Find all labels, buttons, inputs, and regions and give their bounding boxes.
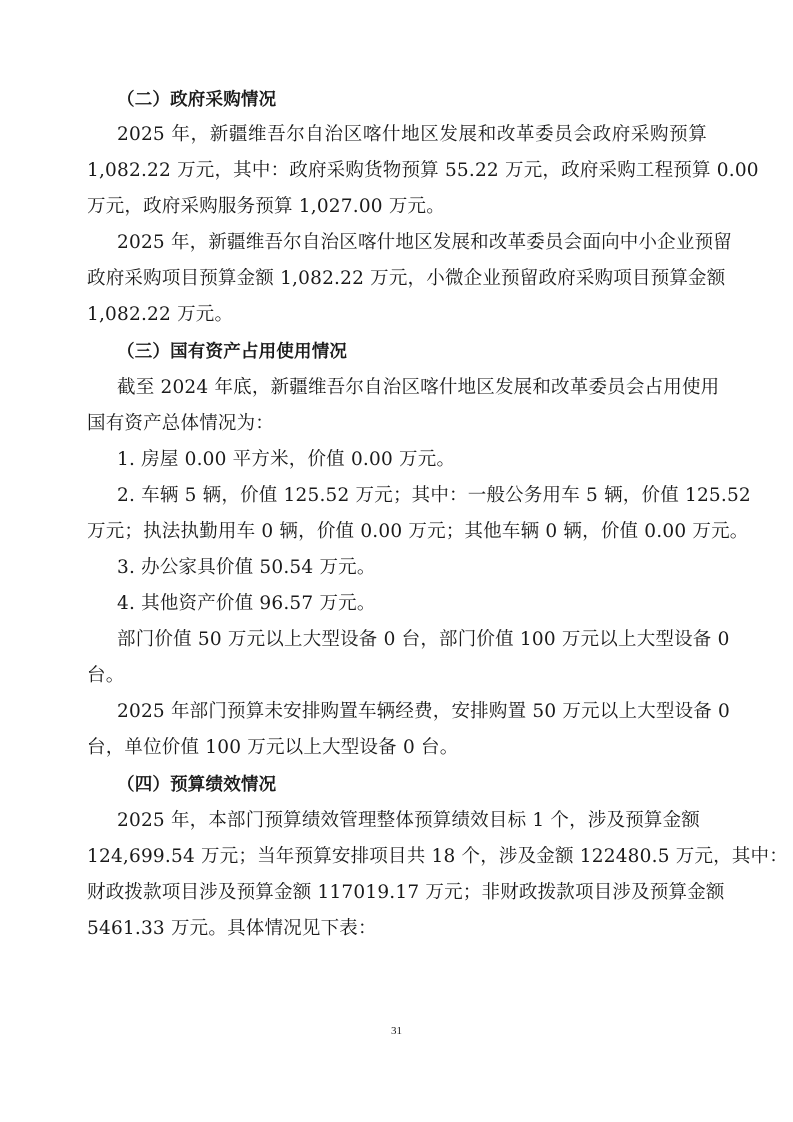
paragraph-line: 财政拨款项目涉及预算金额 117019.17 万元；非财政拨款项目涉及预算金额: [87, 881, 707, 905]
section-heading-procurement: （二）政府采购情况: [117, 88, 707, 112]
asset-item-buildings: 1. 房屋 0.00 平方米，价值 0.00 万元。: [117, 448, 707, 472]
asset-item-vehicles: 2. 车辆 5 辆，价值 125.52 万元；其中：一般公务用车 5 辆，价值 …: [117, 484, 707, 508]
paragraph-line: 台，单位价值 100 万元以上大型设备 0 台。: [87, 736, 707, 760]
paragraph-line: 万元；执法执勤用车 0 辆，价值 0.00 万元；其他车辆 0 辆，价值 0.0…: [87, 520, 707, 544]
asset-item-other: 4. 其他资产价值 96.57 万元。: [117, 592, 707, 616]
page-number: 31: [0, 1025, 793, 1037]
asset-item-furniture: 3. 办公家具价值 50.54 万元。: [117, 556, 707, 580]
section-heading-assets: （三）国有资产占用使用情况: [117, 340, 707, 364]
paragraph-line: 万元，政府采购服务预算 1,027.00 万元。: [87, 195, 707, 219]
paragraph-line: 国有资产总体情况为：: [87, 412, 707, 436]
paragraph-line: 2025 年部门预算未安排购置车辆经费，安排购置 50 万元以上大型设备 0: [117, 700, 707, 724]
paragraph-line: 1,082.22 万元，其中：政府采购货物预算 55.22 万元，政府采购工程预…: [87, 159, 707, 183]
paragraph-line: 政府采购项目预算金额 1,082.22 万元，小微企业预留政府采购项目预算金额: [87, 267, 707, 291]
paragraph-line: 截至 2024 年底，新疆维吾尔自治区喀什地区发展和改革委员会占用使用: [117, 376, 707, 400]
section-heading-performance: （四）预算绩效情况: [117, 773, 707, 797]
paragraph-line: 台。: [87, 664, 707, 688]
document-page: （二）政府采购情况 2025 年，新疆维吾尔自治区喀什地区发展和改革委员会政府采…: [0, 0, 793, 1122]
paragraph-line: 124,699.54 万元；当年预算安排项目共 18 个，涉及金额 122480…: [87, 845, 707, 869]
paragraph-line: 2025 年，新疆维吾尔自治区喀什地区发展和改革委员会面向中小企业预留: [117, 231, 707, 255]
paragraph-line: 5461.33 万元。具体情况见下表：: [87, 917, 707, 941]
paragraph-line: 部门价值 50 万元以上大型设备 0 台，部门价值 100 万元以上大型设备 0: [117, 628, 707, 652]
paragraph-line: 2025 年，本部门预算绩效管理整体预算绩效目标 1 个，涉及预算金额: [117, 809, 707, 833]
paragraph-line: 2025 年，新疆维吾尔自治区喀什地区发展和改革委员会政府采购预算: [117, 123, 707, 147]
paragraph-line: 1,082.22 万元。: [87, 303, 707, 327]
